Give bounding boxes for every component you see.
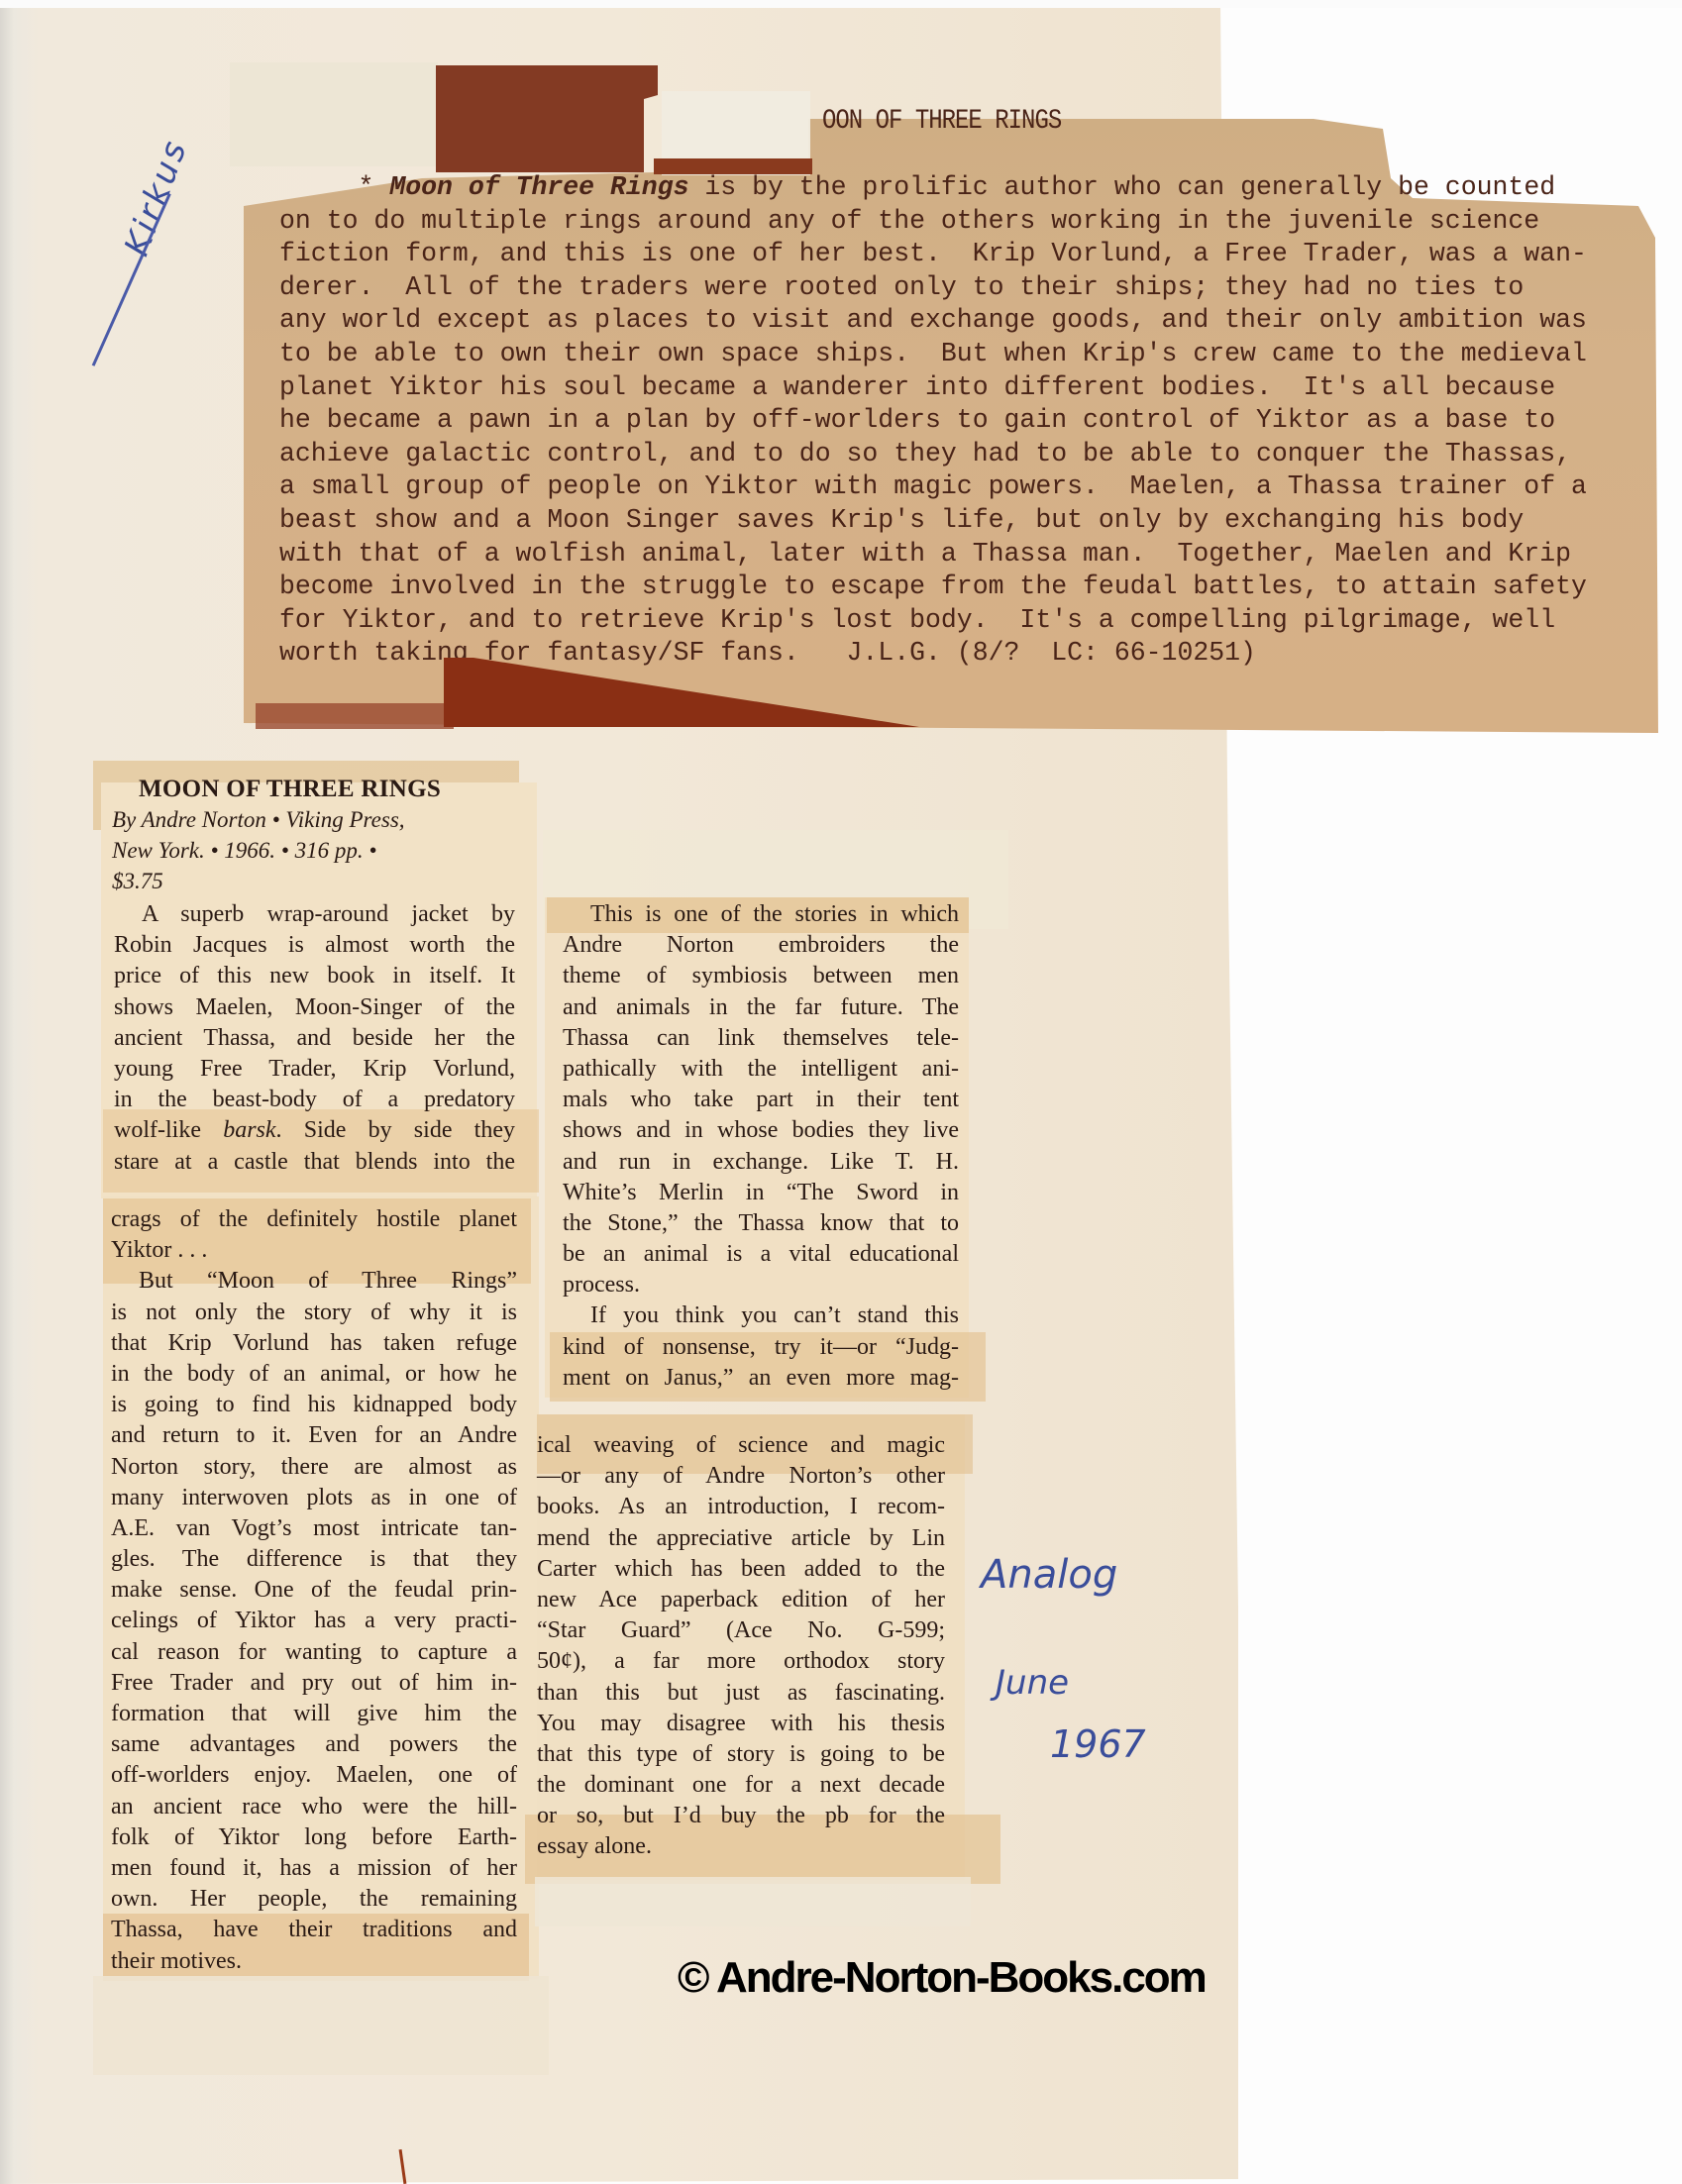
review-line: an ancient race who were the hill- <box>111 1792 517 1822</box>
review-line: pathically with the intelligent ani- <box>563 1054 959 1085</box>
page-top-margin <box>0 0 1682 8</box>
review-line: young Free Trader, Krip Vorlund, <box>114 1054 515 1085</box>
typed-review-line: any world except as places to visit and … <box>279 304 1666 338</box>
review-line: wolf-like barsk. Side by side they <box>114 1115 515 1146</box>
review-line: celings of Yiktor has a very practi- <box>111 1606 517 1636</box>
review-column-left-bottom: crags of the definitely hostile planetYi… <box>111 1204 517 1977</box>
review-line: White’s Merlin in “The Sword in <box>563 1178 959 1208</box>
review-line: Free Trader and pry out of him in- <box>111 1668 517 1699</box>
review-line: But “Moon of Three Rings” <box>111 1266 517 1297</box>
copyright-watermark: © Andre-Norton-Books.com <box>678 1953 1206 2003</box>
byline-line: $3.75 <box>112 866 506 896</box>
review-line: A.E. van Vogt’s most intricate tan- <box>111 1513 517 1544</box>
typed-review-heading: OON OF THREE RINGS <box>822 106 1061 137</box>
review-line: If you think you can’t stand this <box>563 1300 959 1331</box>
review-line: own. Her people, the remaining <box>111 1884 517 1915</box>
typed-review-line: for Yiktor, and to retrieve Krip's lost … <box>279 604 1666 638</box>
review-line: Andre Norton embroiders the <box>563 930 959 961</box>
review-line: Yiktor . . . <box>111 1235 517 1266</box>
review-line: off-worlders enjoy. Maelen, one of <box>111 1760 517 1791</box>
review-line: theme of symbiosis between men <box>563 961 959 991</box>
review-line: “Star Guard” (Ace No. G-599; <box>537 1615 945 1646</box>
review-line: in the beast-body of a predatory <box>114 1085 515 1115</box>
review-line: You may disagree with his thesis <box>537 1709 945 1739</box>
handwritten-source-analog: Analog <box>981 1555 1117 1595</box>
review-line: ment on Janus,” an even more mag- <box>563 1363 959 1394</box>
review-line: cal reason for wanting to capture a <box>111 1637 517 1668</box>
review-line: is going to find his kidnapped body <box>111 1390 517 1420</box>
review-line: —or any of Andre Norton’s other <box>537 1461 945 1492</box>
typed-review-line: achieve galactic control, and to do so t… <box>279 438 1666 471</box>
review-line: that Krip Vorlund has taken refuge <box>111 1328 517 1359</box>
review-line: in the body of an animal, or how he <box>111 1359 517 1390</box>
review-line: crags of the definitely hostile planet <box>111 1204 517 1235</box>
review-line: men found it, has a mission of her <box>111 1853 517 1884</box>
typed-review-line: become involved in the struggle to escap… <box>279 571 1666 604</box>
review-line: 50¢), a far more orthodox story <box>537 1646 945 1677</box>
review-line: that this type of story is going to be <box>537 1739 945 1770</box>
brown-tape-strip <box>256 703 454 729</box>
review-line: formation that will give him the <box>111 1699 517 1729</box>
review-line: price of this new book in itself. It <box>114 961 515 991</box>
review-line: many interwoven plots as in one of <box>111 1483 517 1513</box>
review-byline: By Andre Norton • Viking Press,New York.… <box>112 804 506 896</box>
review-column-right-bottom: ical weaving of science and magic—or any… <box>537 1430 945 1863</box>
brown-tape-tab <box>436 65 660 174</box>
review-line: mals who take part in their tent <box>563 1085 959 1115</box>
review-line: folk of Yiktor long before Earth- <box>111 1822 517 1853</box>
typed-review-line: derer. All of the traders were rooted on… <box>279 271 1666 305</box>
byline-line: New York. • 1966. • 316 pp. • <box>112 835 506 866</box>
review-line: is not only the story of why it is <box>111 1298 517 1328</box>
review-line: process. <box>563 1270 959 1300</box>
review-line: Carter which has been added to the <box>537 1554 945 1585</box>
review-line: A superb wrap-around jacket by <box>114 899 515 930</box>
review-line: shows Maelen, Moon-Singer of the <box>114 992 515 1023</box>
typed-review-line: with that of a wolfish animal, later wit… <box>279 538 1666 572</box>
review-line: shows and in whose bodies they live <box>563 1115 959 1146</box>
review-title: MOON OF THREE RINGS <box>139 776 441 803</box>
review-column-right-top: This is one of the stories in whichAndre… <box>563 899 959 1394</box>
typed-review-line: beast show and a Moon Singer saves Krip'… <box>279 504 1666 538</box>
review-line: ical weaving of science and magic <box>537 1430 945 1461</box>
review-line: Robin Jacques is almost worth the <box>114 930 515 961</box>
typed-review-line: * Moon of Three Rings is by the prolific… <box>279 171 1666 205</box>
review-line: and animals in the far future. The <box>563 992 959 1023</box>
review-line: be an animal is a vital educational <box>563 1239 959 1270</box>
typed-review-line: to be able to own their own space ships.… <box>279 338 1666 371</box>
typed-review-line: a small group of people on Yiktor with m… <box>279 470 1666 504</box>
typed-review-line: on to do multiple rings around any of th… <box>279 205 1666 239</box>
review-line: their motives. <box>111 1946 517 1977</box>
review-line: stare at a castle that blends into the <box>114 1147 515 1178</box>
review-line: essay alone. <box>537 1831 945 1862</box>
review-column-left-top: A superb wrap-around jacket byRobin Jacq… <box>114 899 515 1178</box>
book-title-italic: Moon of Three Rings <box>389 172 688 202</box>
review-line: the dominant one for a next decade <box>537 1770 945 1801</box>
review-line: Thassa, have their traditions and <box>111 1915 517 1945</box>
review-line: or so, but I’d buy the pb for the <box>537 1801 945 1831</box>
typed-review-line: fiction form, and this is one of her bes… <box>279 238 1666 271</box>
handwritten-month: June <box>996 1666 1069 1700</box>
review-line: make sense. One of the feudal prin- <box>111 1575 517 1606</box>
tape-strip <box>93 1976 549 2075</box>
review-line: and run in exchange. Like T. H. <box>563 1147 959 1178</box>
typed-review-body: * Moon of Three Rings is by the prolific… <box>279 171 1666 671</box>
byline-line: By Andre Norton • Viking Press, <box>112 804 506 835</box>
review-line: Thassa can link themselves tele- <box>563 1023 959 1054</box>
review-line: the Stone,” the Thassa know that to <box>563 1208 959 1239</box>
review-line: kind of nonsense, try it—or “Judg- <box>563 1332 959 1363</box>
handwritten-year: 1967 <box>1050 1725 1146 1763</box>
review-line: Norton story, there are almost as <box>111 1452 517 1483</box>
review-line: This is one of the stories in which <box>563 899 959 930</box>
tape-strip <box>535 1877 971 1926</box>
review-line: gles. The difference is that they <box>111 1544 517 1575</box>
review-line: ancient Thassa, and beside her the <box>114 1023 515 1054</box>
review-line: same advantages and powers the <box>111 1729 517 1760</box>
review-line: than this but just as fascinating. <box>537 1678 945 1709</box>
review-line: books. As an introduction, I recom- <box>537 1492 945 1522</box>
italic-word: barsk <box>223 1117 275 1143</box>
tape-strip <box>230 62 438 166</box>
typed-review-line: he became a pawn in a plan by off-worlde… <box>279 404 1666 438</box>
review-line: new Ace paperback edition of her <box>537 1585 945 1615</box>
typed-review-line: planet Yiktor his soul became a wanderer… <box>279 371 1666 405</box>
review-line: mend the appreciative article by Lin <box>537 1523 945 1554</box>
review-line: and return to it. Even for an Andre <box>111 1420 517 1451</box>
